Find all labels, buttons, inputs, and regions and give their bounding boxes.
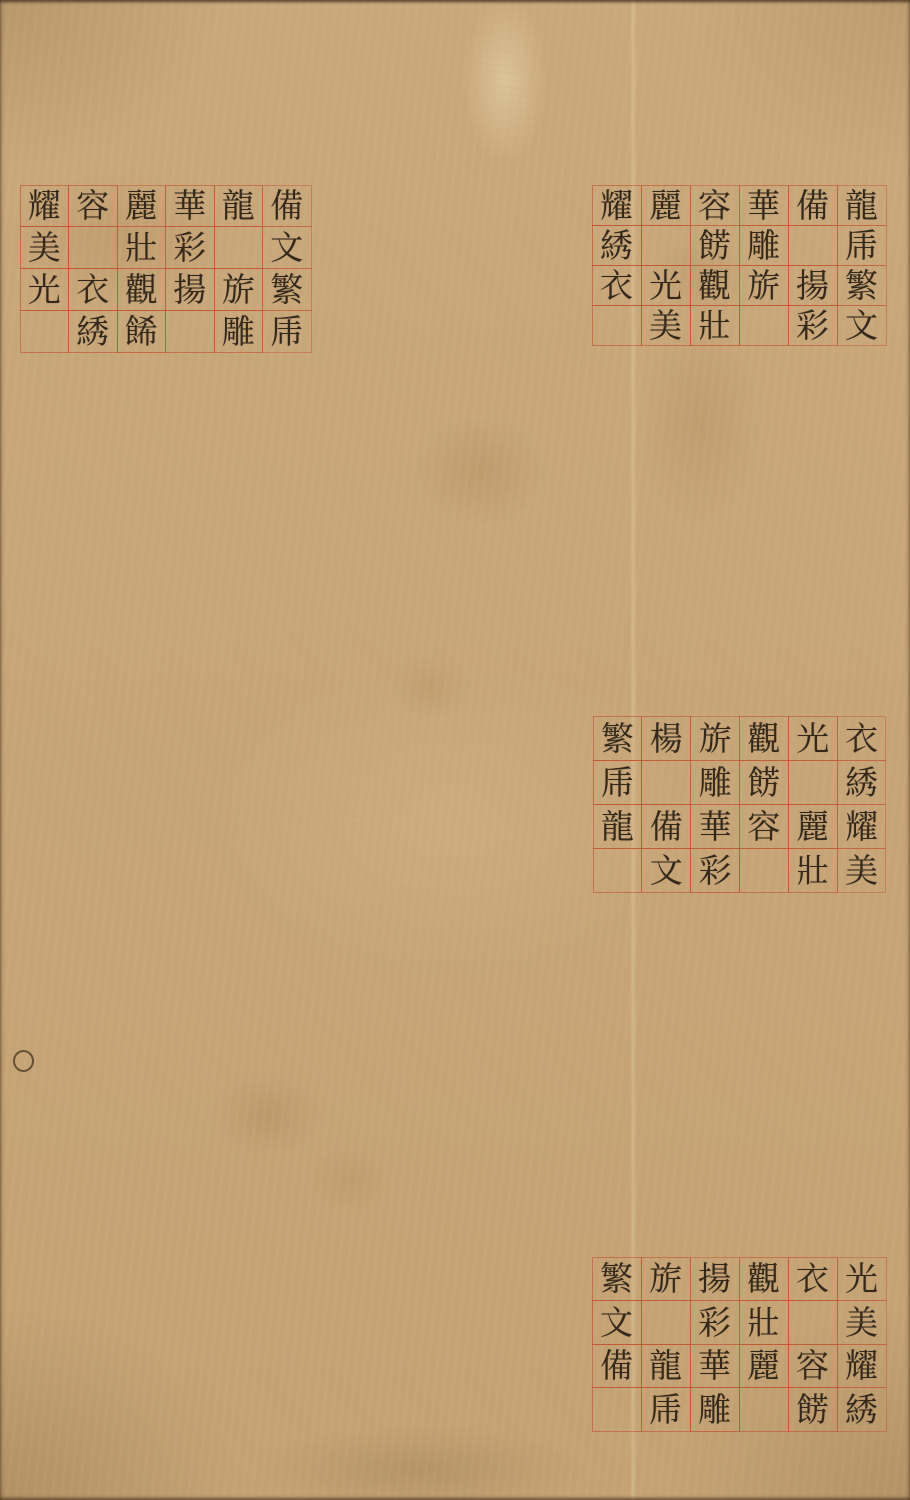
manuscript-page: { "page": { "kind_label": "aged manuscri… bbox=[0, 0, 910, 1500]
sheet-edge-vignette bbox=[0, 0, 910, 1500]
